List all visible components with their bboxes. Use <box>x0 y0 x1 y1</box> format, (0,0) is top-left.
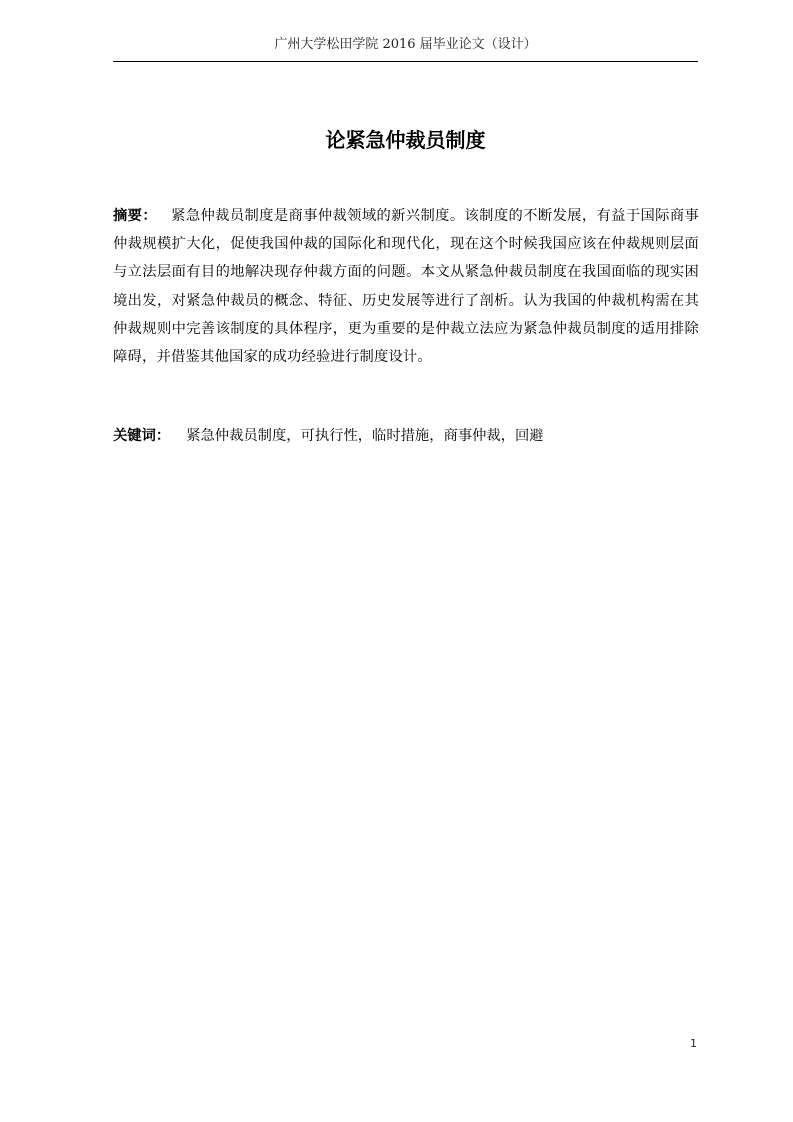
keywords-text: 紧急仲裁员制度，可执行性，临时措施，商事仲裁，回避 <box>186 428 543 444</box>
abstract-label: 摘要： <box>113 208 157 224</box>
keywords-line: 关键词：紧急仲裁员制度，可执行性，临时措施，商事仲裁，回避 <box>113 424 699 448</box>
abstract-paragraph: 摘要：紧急仲裁员制度是商事仲裁领域的新兴制度。该制度的不断发展，有益于国际商事仲… <box>113 202 699 371</box>
abstract-text: 紧急仲裁员制度是商事仲裁领域的新兴制度。该制度的不断发展，有益于国际商事仲裁规模… <box>113 208 699 365</box>
keywords-label: 关键词： <box>113 428 170 444</box>
running-header: 广州大学松田学院 2016 届毕业论文（设计） <box>113 36 698 54</box>
header-divider <box>113 61 698 62</box>
page-number: 1 <box>690 1037 697 1050</box>
paper-title: 论紧急仲裁员制度 <box>113 126 698 154</box>
